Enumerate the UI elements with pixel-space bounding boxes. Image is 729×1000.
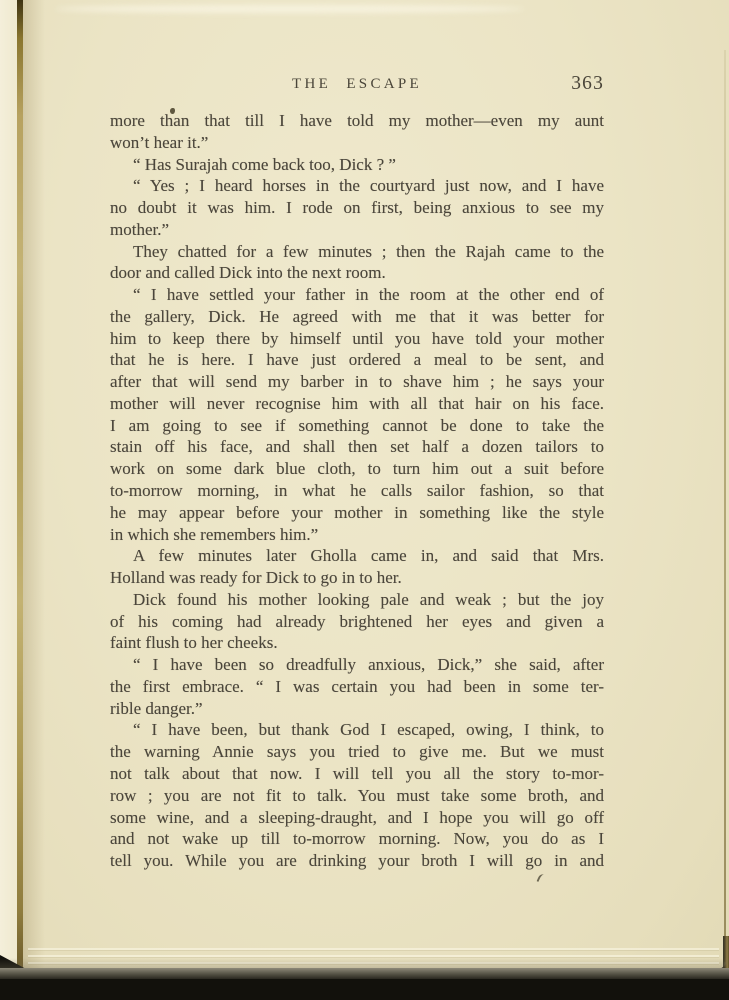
text-line: and not wake up till to-morrow morning. … [110,828,604,850]
page-edge-line [724,50,726,962]
scanned-book-photo: THE ESCAPE 363 more than that till I hav… [0,0,729,1000]
text-line: tell you. While you are drinking your br… [110,850,604,872]
text-line: rible danger.” [110,698,604,720]
text-line: door and called Dick into the next room. [110,262,604,284]
page-number: 363 [571,73,604,95]
text-line: won’t hear it.” [110,132,604,154]
text-line: he may appear before your mother in some… [110,502,604,524]
text-line: of his coming had already brightened her… [110,611,604,633]
text-line: “ Has Surajah come back too, Dick ? ” [110,154,604,176]
text-line: They chatted for a few minutes ; then th… [110,241,604,263]
text-line: to-morrow morning, in what he calls sail… [110,480,604,502]
stacked-page-edges [28,944,719,966]
paragraph: “ I have been so dreadfully anxious, Dic… [110,654,604,719]
book-page: THE ESCAPE 363 more than that till I hav… [0,0,729,970]
text-line: the first embrace. “ I was certain you h… [110,676,604,698]
fore-edge-strip [723,936,729,970]
paragraph: Dick found his mother looking pale and w… [110,589,604,654]
text-line: mother will never recognise him with all… [110,393,604,415]
text-line: the warning Annie says you tried to give… [110,741,604,763]
paragraph: A few minutes later Gholla came in, and … [110,545,604,589]
text-line: “ I have been, but thank God I escaped, … [110,719,604,741]
text-line: in which she remembers him.” [110,524,604,546]
text-line: him to keep there by himself until you h… [110,328,604,350]
text-line: after that will send my barber in to sha… [110,371,604,393]
text-line: no doubt it was him. I rode on first, be… [110,197,604,219]
paragraph: They chatted for a few minutes ; then th… [110,241,604,285]
text-line: I am going to see if something cannot be… [110,415,604,437]
running-header: THE ESCAPE 363 [110,76,604,98]
text-line: more than that till I have told my mothe… [110,110,604,132]
paragraph: more than that till I have told my mothe… [110,110,604,154]
paragraph: “ I have settled your father in the room… [110,284,604,545]
paragraph: “ Yes ; I heard horses in the courtyard … [110,175,604,240]
paragraph: “ Has Surajah come back too, Dick ? ” [110,154,604,176]
text-line: mother.” [110,219,604,241]
text-line: that he is here. I have just ordered a m… [110,349,604,371]
binding-gutter [0,0,17,970]
text-line: A few minutes later Gholla came in, and … [110,545,604,567]
text-line: work on some dark blue cloth, to turn hi… [110,458,604,480]
text-line: stain off his face, and shall then set h… [110,436,604,458]
paragraph: “ I have been, but thank God I escaped, … [110,719,604,871]
page-sheen [55,5,525,13]
text-line: Dick found his mother looking pale and w… [110,589,604,611]
text-line: Holland was ready for Dick to go in to h… [110,567,604,589]
text-line: not talk about that now. I will tell you… [110,763,604,785]
text-line: faint flush to her cheeks. [110,632,604,654]
text-line: some wine, and a sleeping-draught, and I… [110,807,604,829]
text-line: row ; you are not fit to talk. You must … [110,785,604,807]
page-bottom-shadow [0,968,729,979]
chapter-title: THE ESCAPE [110,76,604,93]
stray-print-mark [536,873,546,884]
binding-crease-shadow [23,0,45,970]
text-line: “ Yes ; I heard horses in the courtyard … [110,175,604,197]
text-line: “ I have been so dreadfully anxious, Dic… [110,654,604,676]
page-text: more than that till I have told my mothe… [110,110,604,872]
text-line: “ I have settled your father in the room… [110,284,604,306]
text-line: the gallery, Dick. He agreed with me tha… [110,306,604,328]
